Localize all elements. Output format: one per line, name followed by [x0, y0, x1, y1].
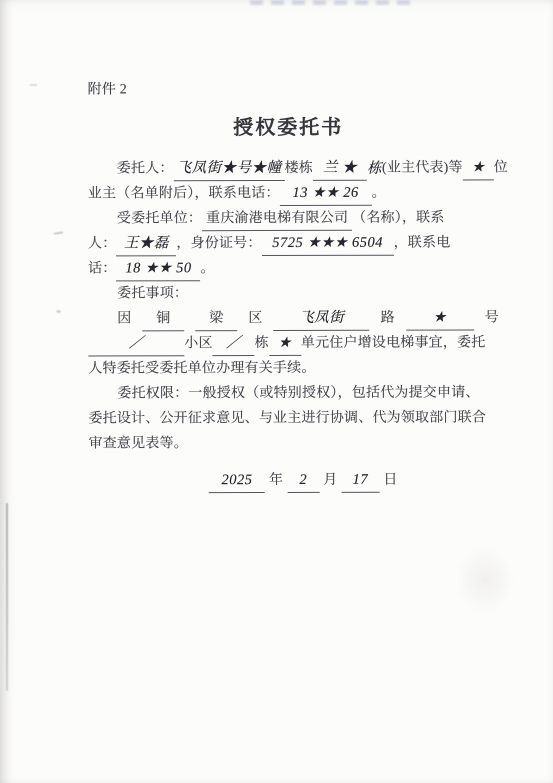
handwritten-text: 18 ★★ 50	[116, 257, 200, 281]
handwritten-text: 2025	[209, 469, 265, 493]
printed-text: 月	[323, 469, 337, 493]
printed-text: 日	[383, 469, 397, 493]
attachment-label: 附件 2	[88, 79, 489, 100]
handwritten-text: 栋	[367, 157, 382, 181]
line-principal-2: 业主（名单附后），联系电话：13 ★★ 26。	[88, 180, 489, 206]
handwritten-text: 13 ★★ 26	[280, 182, 372, 206]
line-matter-2: ／小区／栋★单元住户增设电梯事宜，委托	[88, 330, 489, 356]
handwritten-text: 飞凤街★号★幢	[174, 157, 285, 181]
printed-text: （名称），联系	[352, 207, 444, 231]
handwritten-text: 兰 ★	[313, 157, 367, 181]
printed-text: 楼栋	[285, 157, 313, 181]
printed-underlined-text: 梁	[195, 307, 237, 331]
line-matter-3: 人特委托受委托单位办理有关手续。	[88, 355, 489, 381]
line-matter-heading: 委托事项：	[88, 280, 489, 306]
printed-text: 委托事项：	[117, 282, 188, 306]
printed-text: 话：	[88, 257, 116, 281]
scan-edge-line	[6, 503, 8, 691]
line-authority-2: 委托设计、公开征求意见、与业主进行协调、代为领取部门联合	[88, 405, 489, 431]
printed-text: 位	[494, 156, 508, 180]
handwritten-text: 飞凤街	[274, 307, 370, 331]
line-date: 2025年2月17日	[89, 467, 490, 493]
scan-smudge	[455, 545, 515, 615]
printed-text: 委托人：	[117, 157, 174, 181]
line-authority-1: 委托权限：一般授权（或特别授权），包括代为提交申请、	[88, 380, 489, 406]
handwritten-text: ★	[406, 306, 474, 330]
printed-text: 人：	[88, 232, 116, 256]
handwritten-text: ／	[88, 332, 184, 356]
line-agent-1: 受委托单位：重庆渝港电梯有限公司（名称），联系	[88, 205, 489, 231]
scanned-document-page: 附件 2 授权委托书 委托人：飞凤街★号★幢楼栋兰 ★栋(业主代表)等★位业主（…	[0, 0, 553, 783]
printed-text: 业主（名单附后），联系电话：	[88, 182, 280, 207]
handwritten-text: 5725 ★★★ 6504	[262, 232, 394, 256]
line-agent-2: 人：王★磊，身份证号：5725 ★★★ 6504，联系电	[88, 230, 489, 256]
document-content: 附件 2 授权委托书 委托人：飞凤街★号★幢楼栋兰 ★栋(业主代表)等★位业主（…	[0, 0, 553, 494]
printed-text: 小区	[184, 332, 212, 356]
printed-text: 委托设计、公开征求意见、与业主进行协调、代为领取部门联合	[88, 406, 486, 431]
line-agent-3: 话：18 ★★ 50。	[88, 255, 489, 281]
printed-text: ，身份证号：	[176, 232, 261, 256]
handwritten-text: ★	[269, 332, 301, 356]
handwritten-text: 王★磊	[116, 232, 176, 256]
line-authority-3: 审查意见表等。	[88, 430, 489, 456]
handwritten-text: ★	[463, 156, 494, 180]
handwritten-text: ／	[213, 332, 255, 356]
line-matter-1: 因铜梁区飞凤街路★号	[88, 305, 489, 331]
printed-underlined-text: 重庆渝港电梯有限公司	[202, 207, 352, 231]
printed-text: 年	[269, 469, 283, 493]
printed-text: 区	[248, 307, 262, 331]
printed-underlined-text: 铜	[142, 307, 184, 331]
handwritten-text: 17	[341, 469, 379, 493]
printed-text: 受委托单位：	[117, 207, 202, 231]
printed-text: 路	[381, 307, 395, 331]
printed-text: ，联系电	[394, 232, 451, 256]
handwritten-text: 2	[287, 469, 319, 493]
printed-text: 委托权限：一般授权（或特别授权），包括代为提交申请、	[117, 381, 479, 406]
printed-text: 审查意见表等。	[88, 432, 187, 456]
printed-text: 单元住户增设电梯事宜，委托	[301, 331, 486, 355]
printed-text: 。	[372, 182, 386, 206]
document-body: 委托人：飞凤街★号★幢楼栋兰 ★栋(业主代表)等★位业主（名单附后），联系电话：…	[88, 155, 490, 493]
printed-text: (业主代表)等	[382, 157, 463, 181]
document-title: 授权委托书	[88, 113, 489, 142]
printed-text: 号	[485, 306, 499, 330]
printed-text: 因	[117, 307, 131, 331]
printed-text: 。	[200, 257, 214, 281]
printed-text: 栋	[255, 332, 269, 356]
printed-text: 人特委托受委托单位办理有关手续。	[88, 357, 315, 382]
line-principal-1: 委托人：飞凤街★号★幢楼栋兰 ★栋(业主代表)等★位	[88, 155, 489, 181]
